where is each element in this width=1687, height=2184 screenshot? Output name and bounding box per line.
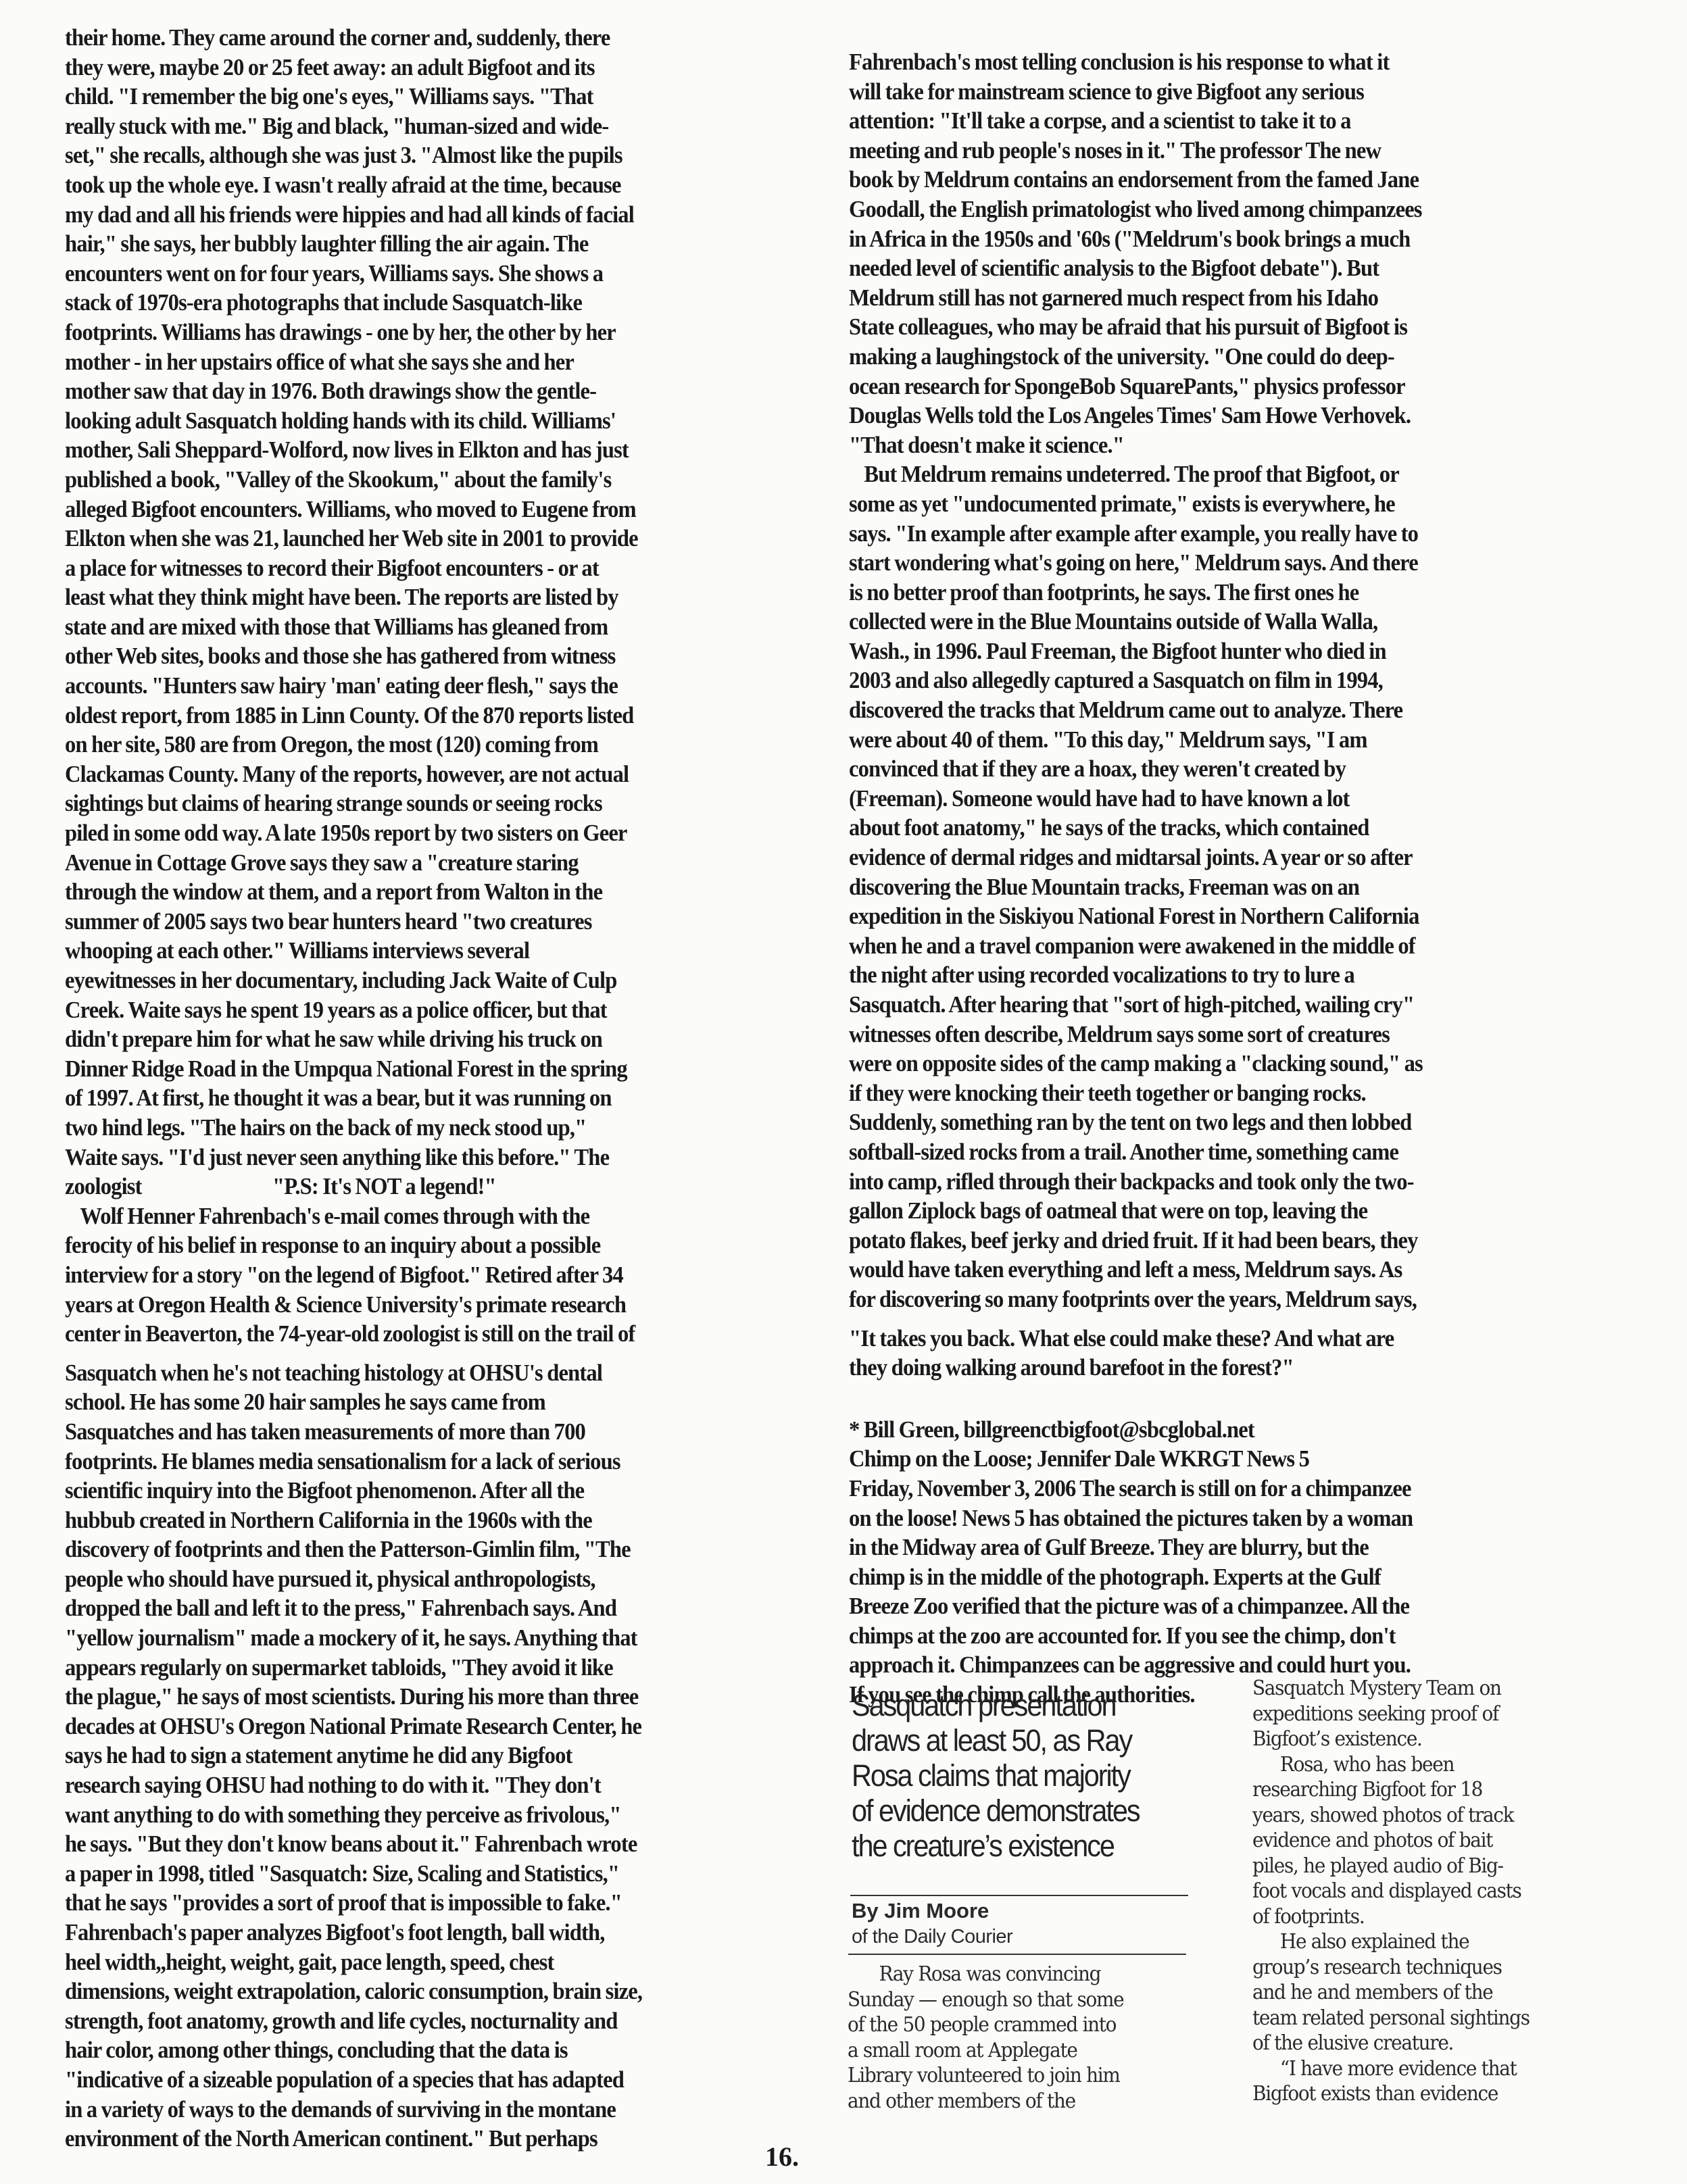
text-line: group’s research techniques — [1252, 1955, 1592, 1981]
text-line: Creek. Waite says he spent 19 years as a… — [65, 995, 788, 1025]
text-line: about foot anatomy," he says of the trac… — [849, 813, 1572, 843]
text-line: interview for a story "on the legend of … — [65, 1260, 788, 1290]
text-line: Meldrum still has not garnered much resp… — [849, 283, 1572, 313]
text-line: their home. They came around the corner … — [65, 23, 788, 53]
text-line: footprints. Williams has drawings - one … — [65, 318, 788, 347]
text-line: of footprints. — [1252, 1904, 1592, 1930]
text-line: ocean research for SpongeBob SquarePants… — [849, 372, 1572, 401]
text-line: and he and members of the — [1252, 1980, 1592, 2006]
clipping-body-left: Ray Rosa was convincing Sunday — enough … — [848, 1962, 1175, 2114]
text-line: expeditions seeking proof of — [1252, 1702, 1592, 1727]
clipping-body-right: Sasquatch Mystery Team on expeditions se… — [1252, 1676, 1592, 2107]
paragraph-fahrenbach-research: Sasquatch when he's not teaching histolo… — [65, 1358, 788, 2154]
text-line: needed level of scientific analysis to t… — [849, 253, 1572, 283]
text-line: "That doesn't make it science." — [849, 430, 1572, 460]
text-line: hair color, among other things, concludi… — [65, 2035, 788, 2065]
headline-line: of evidence demonstrates — [852, 1793, 1188, 1829]
text-line: Dinner Ridge Road in the Umpqua National… — [65, 1054, 788, 1084]
text-line: start wondering what's going on here," M… — [849, 548, 1572, 578]
text-line: piles, he played audio of Big- — [1252, 1854, 1592, 1879]
text-line: collected were in the Blue Mountains out… — [849, 607, 1572, 637]
headline-line: Rosa claims that majority — [852, 1758, 1188, 1793]
text-line: hubbub created in Northern California in… — [65, 1506, 788, 1535]
text-line: in the Midway area of Gulf Breeze. They … — [849, 1533, 1572, 1562]
paragraph-fahrenbach-intro: Wolf Henner Fahrenbach's e-mail comes th… — [65, 1201, 788, 1349]
text-line: summer of 2005 says two bear hunters hea… — [65, 907, 788, 937]
text-line: Breeze Zoo verified that the picture was… — [849, 1591, 1572, 1621]
paragraph-meldrum-book: Fahrenbach's most telling conclusion is … — [849, 47, 1572, 460]
text-line: stack of 1970s-era photographs that incl… — [65, 288, 788, 318]
ps-lead: zoologist — [65, 1173, 142, 1199]
text-line: least what they think might have been. T… — [65, 582, 788, 612]
text-line: evidence of dermal ridges and midtarsal … — [849, 843, 1572, 872]
text-line: some as yet "undocumented primate," exis… — [849, 489, 1572, 519]
text-line: Avenue in Cottage Grove says they saw a … — [65, 848, 788, 878]
text-line: the night after using recorded vocalizat… — [849, 960, 1572, 990]
text-line: Sunday — enough so that some — [848, 1987, 1175, 2013]
text-line: strength, foot anatomy, growth and life … — [65, 2006, 788, 2036]
text-line: encounters went on for four years, Willi… — [65, 259, 788, 289]
divider — [848, 1954, 1186, 1955]
text-line: attention: "It'll take a corpse, and a s… — [849, 106, 1572, 136]
ps-note-line: zoologist"P.S: It's NOT a legend!" — [65, 1172, 788, 1201]
text-line: "indicative of a sizeable population of … — [65, 2065, 788, 2095]
text-line: discovery of footprints and then the Pat… — [65, 1535, 788, 1564]
text-line: Friday, November 3, 2006 The search is s… — [849, 1474, 1572, 1504]
text-line: convinced that if they are a hoax, they … — [849, 754, 1572, 784]
text-line: book by Meldrum contains an endorsement … — [849, 165, 1572, 195]
text-line: other Web sites, books and those she has… — [65, 641, 788, 671]
text-line: for discovering so many footprints over … — [849, 1285, 1572, 1314]
text-line: says. "In example after example after ex… — [849, 519, 1572, 549]
byline: By Jim Moore — [852, 1899, 989, 1923]
text-line: scientific inquiry into the Bigfoot phen… — [65, 1476, 788, 1506]
text-line: would have taken everything and left a m… — [849, 1255, 1572, 1285]
text-line: "It takes you back. What else could make… — [849, 1324, 1572, 1354]
text-line: into camp, rifled through their backpack… — [849, 1167, 1572, 1197]
text-line: of 1997. At first, he thought it was a b… — [65, 1083, 788, 1113]
text-line: making a laughingstock of the university… — [849, 342, 1572, 372]
text-line: says he had to sign a statement anytime … — [65, 1741, 788, 1770]
text-line: piled in some odd way. A late 1950s repo… — [65, 818, 788, 848]
text-line: school. He has some 20 hair samples he s… — [65, 1387, 788, 1417]
text-line: two hind legs. "The hairs on the back of… — [65, 1113, 788, 1143]
text-line: Sasquatch when he's not teaching histolo… — [65, 1358, 788, 1388]
paragraph-williams: their home. They came around the corner … — [65, 23, 788, 1201]
text-line: mother, Sali Sheppard-Wolford, now lives… — [65, 435, 788, 465]
text-line: Suddenly, something ran by the tent on t… — [849, 1108, 1572, 1137]
text-line: a small room at Applegate — [848, 2038, 1175, 2064]
text-line: softball-sized rocks from a trail. Anoth… — [849, 1137, 1572, 1167]
text-line: chimps at the zoo are accounted for. If … — [849, 1621, 1572, 1651]
text-line: expedition in the Siskiyou National Fore… — [849, 901, 1572, 931]
text-line: environment of the North American contin… — [65, 2124, 788, 2154]
text-line: meeting and rub people's noses in it." T… — [849, 136, 1572, 166]
text-line: they doing walking around barefoot in th… — [849, 1353, 1572, 1383]
text-line: if they were knocking their teeth togeth… — [849, 1078, 1572, 1108]
text-line: ferocity of his belief in response to an… — [65, 1231, 788, 1260]
text-line: Bigfoot exists than evidence — [1252, 2081, 1592, 2107]
text-line: want anything to do with something they … — [65, 1800, 788, 1830]
text-line: alleged Bigfoot encounters. Williams, wh… — [65, 495, 788, 524]
text-line: years at Oregon Health & Science Univers… — [65, 1290, 788, 1320]
text-line: Goodall, the English primatologist who l… — [849, 195, 1572, 224]
text-line: foot vocals and displayed casts — [1252, 1879, 1592, 1904]
text-line: mother - in her upstairs office of what … — [65, 347, 788, 377]
paragraph-meldrum-footprints: But Meldrum remains undeterred. The proo… — [849, 460, 1572, 1314]
text-line: through the window at them, and a report… — [65, 877, 788, 907]
text-line: Sasquatches and has taken measurements o… — [65, 1417, 788, 1447]
text-line: Fahrenbach's most telling conclusion is … — [849, 47, 1572, 77]
text-line: on her site, 580 are from Oregon, the mo… — [65, 730, 788, 760]
text-line: Sasquatch. After hearing that "sort of h… — [849, 990, 1572, 1020]
text-line: witnesses often describe, Meldrum says s… — [849, 1020, 1572, 1049]
clipping-headline: Sasquatch presentation draws at least 50… — [852, 1688, 1188, 1864]
text-line: potato flakes, beef jerky and dried frui… — [849, 1226, 1572, 1256]
text-line: people who should have pursued it, physi… — [65, 1564, 788, 1594]
text-line: gallon Ziplock bags of oatmeal that were… — [849, 1196, 1572, 1226]
text-line: he says. "But they don't know beans abou… — [65, 1829, 788, 1859]
text-line: were on opposite sides of the camp makin… — [849, 1049, 1572, 1078]
text-line: center in Beaverton, the 74-year-old zoo… — [65, 1319, 788, 1349]
text-line: is no better proof than footprints, he s… — [849, 578, 1572, 607]
text-line: published a book, "Valley of the Skookum… — [65, 465, 788, 495]
text-line: Waite says. "I'd just never seen anythin… — [65, 1143, 788, 1172]
text-line: will take for mainstream science to give… — [849, 77, 1572, 107]
text-line: Ray Rosa was convincing — [848, 1962, 1175, 1987]
text-line: footprints. He blames media sensationali… — [65, 1447, 788, 1476]
text-line: (Freeman). Someone would have had to hav… — [849, 784, 1572, 814]
byline-source: of the Daily Courier — [852, 1926, 1012, 1948]
text-line: accounts. "Hunters saw hairy 'man' eatin… — [65, 671, 788, 701]
text-line: oldest report, from 1885 in Linn County.… — [65, 701, 788, 730]
text-line: team related personal sightings — [1252, 2006, 1592, 2031]
text-line: looking adult Sasquatch holding hands wi… — [65, 406, 788, 436]
text-line: Wolf Henner Fahrenbach's e-mail comes th… — [65, 1201, 788, 1231]
text-line: a paper in 1998, titled "Sasquatch: Size… — [65, 1859, 788, 1889]
newspaper-clipping: Sasquatch presentation draws at least 50… — [845, 1674, 1622, 2181]
text-line: in a variety of ways to the demands of s… — [65, 2095, 788, 2125]
text-line: a place for witnesses to record their Bi… — [65, 553, 788, 583]
text-line: Rosa, who has been — [1252, 1752, 1592, 1778]
text-line: of the 50 people crammed into — [848, 2012, 1175, 2038]
ps-quote: "P.S: It's NOT a legend!" — [272, 1173, 496, 1199]
closing-quote: "It takes you back. What else could make… — [849, 1324, 1572, 1383]
text-line: eyewitnesses in her documentary, includi… — [65, 966, 788, 995]
text-line: heel width,,height, weight, gait, pace l… — [65, 1947, 788, 1977]
text-line: Bigfoot’s existence. — [1252, 1727, 1592, 1752]
text-line: discovered the tracks that Meldrum came … — [849, 695, 1572, 725]
text-line: whooping at each other." Williams interv… — [65, 936, 788, 966]
text-line: in Africa in the 1950s and '60s ("Meldru… — [849, 224, 1572, 254]
text-line: sightings but claims of hearing strange … — [65, 789, 788, 818]
text-line: child. "I remember the big one's eyes," … — [65, 82, 788, 111]
text-line: years, showed photos of track — [1252, 1803, 1592, 1829]
headline-line: Sasquatch presentation — [852, 1688, 1188, 1723]
text-line: "yellow journalism" made a mockery of it… — [65, 1623, 788, 1653]
text-line: set," she recalls, although she was just… — [65, 141, 788, 170]
text-line: Sasquatch Mystery Team on — [1252, 1676, 1592, 1702]
text-line: were about 40 of them. "To this day," Me… — [849, 725, 1572, 755]
chimp-news-item: Chimp on the Loose; Jennifer Dale WKRGT … — [849, 1444, 1572, 1709]
text-line: of the elusive creature. — [1252, 2031, 1592, 2056]
text-line: state and are mixed with those that Will… — [65, 612, 788, 642]
text-line: dropped the ball and left it to the pres… — [65, 1593, 788, 1623]
text-line: He also explained the — [1252, 1929, 1592, 1955]
text-line: when he and a travel companion were awak… — [849, 931, 1572, 961]
text-line: research saying OHSU had nothing to do w… — [65, 1770, 788, 1800]
text-line: “I have more evidence that — [1252, 2056, 1592, 2082]
text-line: Wash., in 1996. Paul Freeman, the Bigfoo… — [849, 637, 1572, 666]
source-credit: * Bill Green, billgreenctbigfoot@sbcglob… — [849, 1415, 1572, 1445]
text-line: didn't prepare him for what he saw while… — [65, 1024, 788, 1054]
text-line: decades at OHSU's Oregon National Primat… — [65, 1712, 788, 1741]
text-line: appears regularly on supermarket tabloid… — [65, 1653, 788, 1683]
text-line: the plague," he says of most scientists.… — [65, 1682, 788, 1712]
text-line: hair," she says, her bubbly laughter fil… — [65, 229, 788, 259]
text-line: evidence and photos of bait — [1252, 1828, 1592, 1854]
text-line: Chimp on the Loose; Jennifer Dale WKRGT … — [849, 1444, 1572, 1474]
text-line: Clackamas County. Many of the reports, h… — [65, 760, 788, 789]
text-line: that he says "provides a sort of proof t… — [65, 1888, 788, 1918]
right-column: Fahrenbach's most telling conclusion is … — [849, 47, 1572, 1710]
text-line: Fahrenbach's paper analyzes Bigfoot's fo… — [65, 1918, 788, 1947]
text-line: Elkton when she was 21, launched her Web… — [65, 524, 788, 553]
text-line: on the loose! News 5 has obtained the pi… — [849, 1504, 1572, 1533]
text-line: 2003 and also allegedly captured a Sasqu… — [849, 666, 1572, 695]
text-line: Douglas Wells told the Los Angeles Times… — [849, 401, 1572, 430]
text-line: discovering the Blue Mountain tracks, Fr… — [849, 872, 1572, 902]
text-line: But Meldrum remains undeterred. The proo… — [849, 460, 1572, 489]
text-line: researching Bigfoot for 18 — [1252, 1777, 1592, 1803]
text-line: Library volunteered to join him — [848, 2063, 1175, 2089]
text-line: my dad and all his friends were hippies … — [65, 200, 788, 230]
text-line: they were, maybe 20 or 25 feet away: an … — [65, 53, 788, 82]
text-line: took up the whole eye. I wasn't really a… — [65, 170, 788, 200]
divider — [850, 1895, 1188, 1896]
left-column: their home. They came around the corner … — [65, 23, 788, 2154]
text-line: chimp is in the middle of the photograph… — [849, 1562, 1572, 1592]
headline-line: draws at least 50, as Ray — [852, 1723, 1188, 1758]
page-number: 16. — [765, 2141, 799, 2173]
text-line: dimensions, weight extrapolation, calori… — [65, 1977, 788, 2006]
text-line: mother saw that day in 1976. Both drawin… — [65, 376, 788, 406]
text-line: really stuck with me." Big and black, "h… — [65, 111, 788, 141]
text-line: State colleagues, who may be afraid that… — [849, 312, 1572, 342]
headline-line: the creature’s existence — [852, 1829, 1188, 1864]
text-line: and other members of the — [848, 2089, 1175, 2114]
